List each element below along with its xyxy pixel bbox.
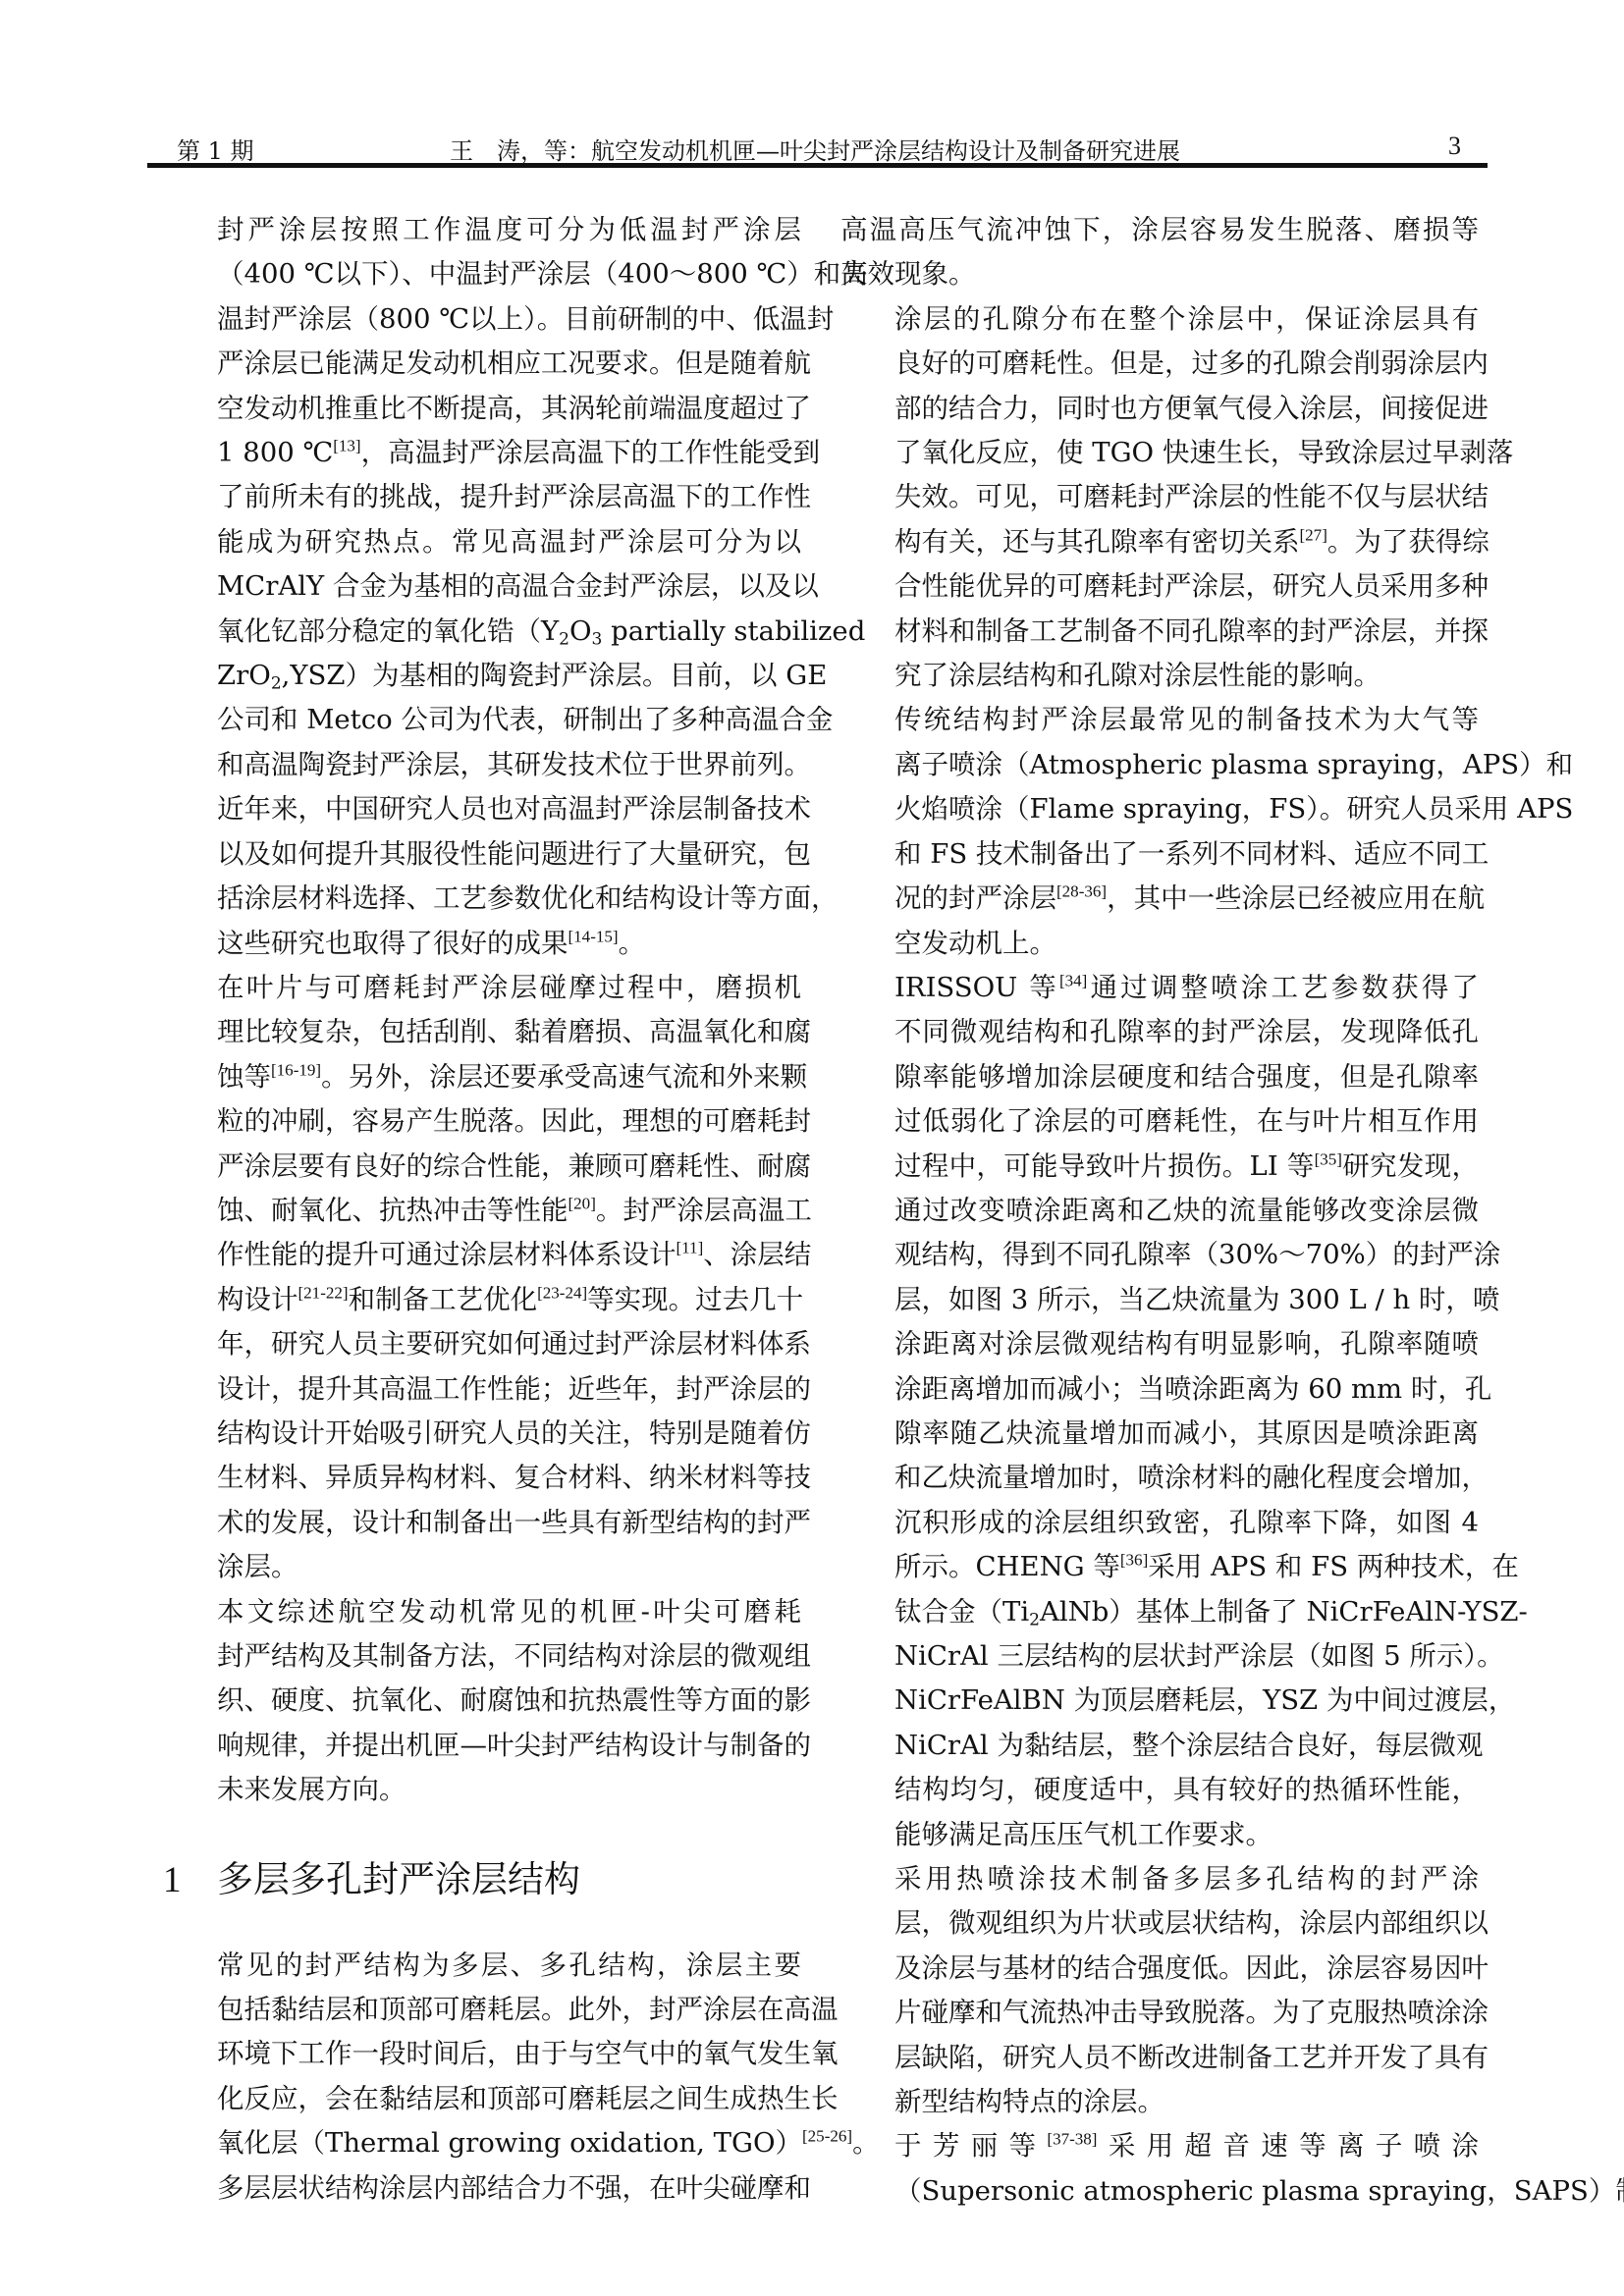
- text-line: 结构均匀，硬度适中，具有较好的热循环性能，: [840, 1768, 1479, 1812]
- text-line: 术的发展，设计和制备出一些具有新型结构的封严: [163, 1501, 801, 1545]
- subscript: 2: [559, 629, 569, 649]
- citation: [14-15]: [568, 927, 619, 945]
- text-line: 新型结构特点的涂层。: [840, 2080, 1479, 2124]
- text-line: 1 800 ℃[13]，高温封严涂层高温下的工作性能受到: [163, 431, 801, 475]
- text-line: 织、硬度、抗氧化、耐腐蚀和抗热震性等方面的影: [163, 1679, 801, 1723]
- text-line: 于芳丽等[37-38]采用超音速等离子喷涂: [840, 2124, 1479, 2168]
- text-line: 生材料、异质异构材料、复合材料、纳米材料等技: [163, 1456, 801, 1500]
- paragraph: 传统结构封严涂层最常见的制备技术为大气等离子喷涂（Atmospheric pla…: [840, 698, 1479, 965]
- citation: [35]: [1315, 1149, 1342, 1168]
- text-line: 离子喷涂（Atmospheric plasma spraying，APS）和: [840, 743, 1479, 787]
- citation: [21-22]: [298, 1283, 349, 1302]
- text-line: 采用热喷涂技术制备多层多孔结构的封严涂: [840, 1857, 1479, 1901]
- citation: [13]: [333, 436, 360, 454]
- section-title: 多层多孔封严涂层结构: [217, 1858, 580, 1900]
- text-line: 常见的封严结构为多层、多孔结构，涂层主要: [163, 1944, 801, 1988]
- text-line: 合性能优异的可磨耗封严涂层，研究人员采用多种: [840, 564, 1479, 609]
- text-line: 氧化钇部分稳定的氧化锆（Y2O3 partially stabilized: [163, 610, 801, 654]
- text-line: 况的封严涂层[28-36]，其中一些涂层已经被应用在航: [840, 877, 1479, 921]
- subscript: 3: [592, 629, 603, 649]
- text-line: 氧化层（Thermal growing oxidation, TGO）[25-2…: [163, 2121, 801, 2165]
- paragraph-continued: 高温高压气流冲蚀下，涂层容易发生脱落、磨损等失效现象。: [840, 208, 1479, 297]
- paragraph: 常见的封严结构为多层、多孔结构，涂层主要包括黏结层和顶部可磨耗层。此外，封严涂层…: [163, 1944, 801, 2211]
- text-line: 年，研究人员主要研究如何通过封严涂层材料体系: [163, 1322, 801, 1366]
- text-line: 严涂层要有良好的综合性能，兼顾可磨耗性、耐腐: [163, 1145, 801, 1189]
- page-number: 3: [1448, 132, 1461, 161]
- left-column: 封严涂层按照工作温度可分为低温封严涂层（400 ℃以下）、中温封严涂层（400～…: [163, 208, 801, 2211]
- text-line: 了前所未有的挑战，提升封严涂层高温下的工作性: [163, 475, 801, 519]
- text-line: 及涂层与基材的结合强度低。因此，涂层容易因叶: [840, 1947, 1479, 1991]
- citation: [20]: [568, 1194, 596, 1212]
- text-line: 环境下工作一段时间后，由于与空气中的氧气发生氧: [163, 2032, 801, 2076]
- text-line: 空发动机上。: [840, 922, 1479, 966]
- text-line: 多层层状结构涂层内部结合力不强，在叶尖碰摩和: [163, 2166, 801, 2211]
- text-line: 空发动机推重比不断提高，其涡轮前端温度超过了: [163, 387, 801, 431]
- text-line: 沉积形成的涂层组织致密，孔隙率下降，如图 4: [840, 1501, 1479, 1545]
- text-line: 结构设计开始吸引研究人员的关注，特别是随着仿: [163, 1412, 801, 1456]
- citation: [37-38]: [1047, 2130, 1097, 2149]
- paragraph: 于芳丽等[37-38]采用超音速等离子喷涂（Supersonic atmosph…: [840, 2124, 1479, 2214]
- text-line: 未来发展方向。: [163, 1768, 801, 1812]
- text-line: 火焰喷涂（Flame spraying，FS）。研究人员采用 APS: [840, 787, 1479, 831]
- text-line: 构设计[21-22]和制备工艺优化[23-24]等实现。过去几十: [163, 1278, 801, 1322]
- text-line: 包括黏结层和顶部可磨耗层。此外，封严涂层在高温: [163, 1988, 801, 2032]
- text-line: 能够满足高压压气机工作要求。: [840, 1813, 1479, 1857]
- text-line: 隙率随乙炔流量增加而减小，其原因是喷涂距离: [840, 1412, 1479, 1456]
- text-line: 严涂层已能满足发动机相应工况要求。但是随着航: [163, 342, 801, 386]
- text-line: 和高温陶瓷封严涂层，其研发技术位于世界前列。: [163, 743, 801, 787]
- issue-label: 第 1 期: [177, 132, 254, 166]
- text-line: 涂层。: [163, 1545, 801, 1589]
- text-line: 隙率能够增加涂层硬度和结合强度，但是孔隙率: [840, 1055, 1479, 1099]
- text-line: 涂距离对涂层微观结构有明显影响，孔隙率随喷: [840, 1322, 1479, 1366]
- text-line: 部的结合力，同时也方便氧气侵入涂层，间接促进: [840, 387, 1479, 431]
- paragraph: 封严涂层按照工作温度可分为低温封严涂层（400 ℃以下）、中温封严涂层（400～…: [163, 208, 801, 966]
- text-line: 蚀等[16-19]。另外，涂层还要承受高速气流和外来颗: [163, 1055, 801, 1099]
- running-header: 第 1 期 王 涛，等：航空发动机机匣—叶尖封严涂层结构设计及制备研究进展 3: [165, 126, 1471, 165]
- text-line: 化反应，会在黏结层和顶部可磨耗层之间生成热生长: [163, 2077, 801, 2121]
- text-line: 了氧化反应，使 TGO 快速生长，导致涂层过早剥落: [840, 431, 1479, 475]
- text-line: 失效现象。: [840, 252, 1479, 296]
- text-line: 构有关，还与其孔隙率有密切关系[27]。为了获得综: [840, 520, 1479, 564]
- text-line: IRISSOU 等[34]通过调整喷涂工艺参数获得了: [840, 966, 1479, 1010]
- text-line: 过程中，可能导致叶片损伤。LI 等[35]研究发现，: [840, 1145, 1479, 1189]
- paragraph: 在叶片与可磨耗封严涂层碰摩过程中，磨损机理比较复杂，包括刮削、黏着磨损、高温氧化…: [163, 966, 801, 1590]
- citation: [34]: [1059, 971, 1087, 989]
- text-line: 片碰摩和气流热冲击导致脱落。为了克服热喷涂涂: [840, 1991, 1479, 2035]
- text-line: 封严结构及其制备方法，不同结构对涂层的微观组: [163, 1634, 801, 1679]
- text-line: 蚀、耐氧化、抗热冲击等性能[20]。封严涂层高温工: [163, 1189, 801, 1233]
- text-line: 近年来，中国研究人员也对高温封严涂层制备技术: [163, 787, 801, 831]
- text-line: 所示。CHENG 等[36]采用 APS 和 FS 两种技术，在: [840, 1545, 1479, 1589]
- paragraph: 本文综述航空发动机常见的机匣-叶尖可磨耗封严结构及其制备方法，不同结构对涂层的微…: [163, 1590, 801, 1813]
- text-line: 封严涂层按照工作温度可分为低温封严涂层: [163, 208, 801, 252]
- text-line: 能成为研究热点。常见高温封严涂层可分为以: [163, 520, 801, 564]
- citation: [27]: [1300, 525, 1327, 544]
- text-line: （Supersonic atmospheric plasma spraying，…: [840, 2169, 1479, 2214]
- text-line: 和乙炔流量增加时，喷涂材料的融化程度会增加，: [840, 1456, 1479, 1500]
- text-line: （400 ℃以下）、中温封严涂层（400～800 ℃）和高: [163, 252, 801, 296]
- text-line: 层，如图 3 所示，当乙炔流量为 300 L / h 时，喷: [840, 1278, 1479, 1322]
- subscript: 2: [1029, 1610, 1040, 1629]
- text-line: ZrO2,YSZ）为基相的陶瓷封严涂层。目前，以 GE: [163, 654, 801, 698]
- paragraph: IRISSOU 等[34]通过调整喷涂工艺参数获得了不同微观结构和孔隙率的封严涂…: [840, 966, 1479, 1857]
- text-line: 这些研究也取得了很好的成果[14-15]。: [163, 922, 801, 966]
- text-line: 观结构，得到不同孔隙率（30%～70%）的封严涂: [840, 1233, 1479, 1277]
- citation: [28-36]: [1056, 882, 1107, 901]
- text-line: 以及如何提升其服役性能问题进行了大量研究，包: [163, 832, 801, 877]
- text-line: 在叶片与可磨耗封严涂层碰摩过程中，磨损机: [163, 966, 801, 1010]
- text-line: 钛合金（Ti2AlNb）基体上制备了 NiCrFeAlN-YSZ-: [840, 1590, 1479, 1634]
- text-line: 良好的可磨耗性。但是，过多的孔隙会削弱涂层内: [840, 342, 1479, 386]
- text-line: 过低弱化了涂层的可磨耗性，在与叶片相互作用: [840, 1099, 1479, 1144]
- citation: [16-19]: [271, 1060, 321, 1079]
- text-line: 公司和 Metco 公司为代表，研制出了多种高温合金: [163, 698, 801, 742]
- text-line: NiCrFeAlBN 为顶层磨耗层，YSZ 为中间过渡层，: [840, 1679, 1479, 1723]
- text-line: 不同微观结构和孔隙率的封严涂层，发现降低孔: [840, 1010, 1479, 1054]
- text-line: 作性能的提升可通过涂层材料体系设计[11]、涂层结: [163, 1233, 801, 1277]
- text-line: 涂层的孔隙分布在整个涂层中，保证涂层具有: [840, 297, 1479, 342]
- text-line: MCrAlY 合金为基相的高温合金封严涂层，以及以: [163, 564, 801, 609]
- text-line: 高温高压气流冲蚀下，涂层容易发生脱落、磨损等: [840, 208, 1479, 252]
- text-line: 传统结构封严涂层最常见的制备技术为大气等: [840, 698, 1479, 742]
- citation: [11]: [677, 1239, 704, 1257]
- text-line: 本文综述航空发动机常见的机匣-叶尖可磨耗: [163, 1590, 801, 1634]
- citation: [36]: [1120, 1551, 1148, 1570]
- text-line: 涂距离增加而减小；当喷涂距离为 60 mm 时，孔: [840, 1367, 1479, 1412]
- text-line: 温封严涂层（800 ℃以上）。目前研制的中、低温封: [163, 297, 801, 342]
- text-line: 层缺陷，研究人员不断改进制备工艺并开发了具有: [840, 2036, 1479, 2080]
- text-line: 设计，提升其高温工作性能；近些年，封严涂层的: [163, 1367, 801, 1412]
- citation: [23-24]: [537, 1283, 587, 1302]
- section-number: 1: [163, 1851, 217, 1910]
- text-line: 和 FS 技术制备出了一系列不同材料、适应不同工: [840, 832, 1479, 877]
- subscript: 2: [271, 673, 282, 693]
- text-line: 层，微观组织为片状或层状结构，涂层内部组织以: [840, 1901, 1479, 1946]
- right-column: 高温高压气流冲蚀下，涂层容易发生脱落、磨损等失效现象。 涂层的孔隙分布在整个涂层…: [840, 208, 1479, 2214]
- text-line: 通过改变喷涂距离和乙炔的流量能够改变涂层微: [840, 1189, 1479, 1233]
- paragraph: 涂层的孔隙分布在整个涂层中，保证涂层具有良好的可磨耗性。但是，过多的孔隙会削弱涂…: [840, 297, 1479, 699]
- text-line: 失效。可见，可磨耗封严涂层的性能不仅与层状结: [840, 475, 1479, 519]
- header-rule: [147, 163, 1488, 168]
- section-heading: 1多层多孔封严涂层结构: [163, 1850, 801, 1910]
- text-line: 究了涂层结构和孔隙对涂层性能的影响。: [840, 654, 1479, 698]
- running-title: 王 涛，等：航空发动机机匣—叶尖封严涂层结构设计及制备研究进展: [450, 132, 1180, 166]
- text-line: NiCrAl 三层结构的层状封严涂层（如图 5 所示）。: [840, 1634, 1479, 1679]
- text-line: 理比较复杂，包括刮削、黏着磨损、高温氧化和腐: [163, 1010, 801, 1054]
- paragraph: 采用热喷涂技术制备多层多孔结构的封严涂层，微观组织为片状或层状结构，涂层内部组织…: [840, 1857, 1479, 2124]
- text-line: 材料和制备工艺制备不同孔隙率的封严涂层，并探: [840, 610, 1479, 654]
- text-line: 粒的冲刷，容易产生脱落。因此，理想的可磨耗封: [163, 1099, 801, 1144]
- text-line: 响规律，并提出机匣—叶尖封严结构设计与制备的: [163, 1724, 801, 1768]
- text-line: 括涂层材料选择、工艺参数优化和结构设计等方面，: [163, 877, 801, 921]
- text-line: NiCrAl 为黏结层，整个涂层结合良好，每层微观: [840, 1724, 1479, 1768]
